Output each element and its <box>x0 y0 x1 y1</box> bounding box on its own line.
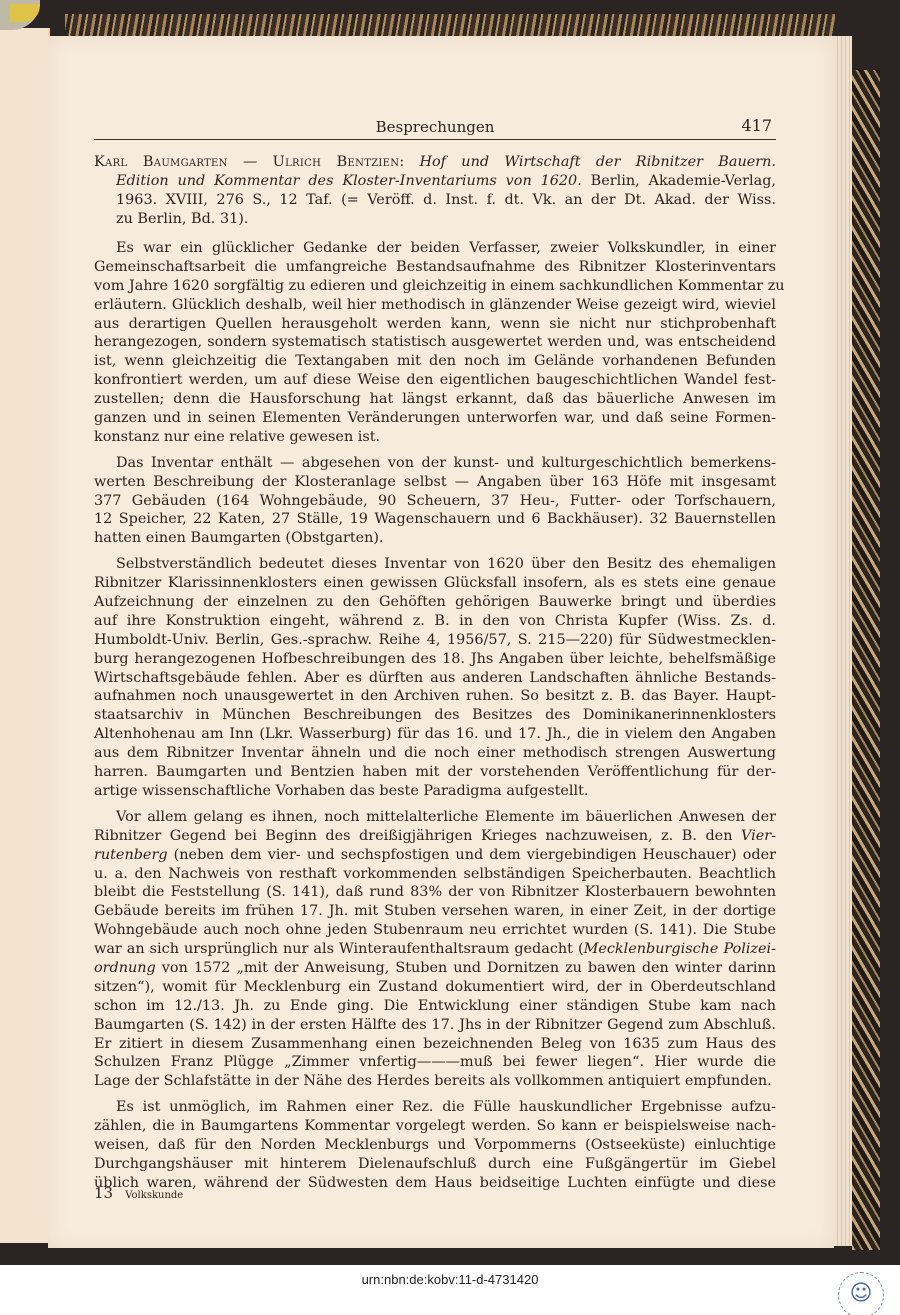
text-line: Vor allem gelang es ihnen, noch mittelal… <box>94 808 776 827</box>
text-line: Gebäude bereits im frühen 17. Jh. mit St… <box>94 902 776 921</box>
text-line: Es ist unmöglich, im Rahmen einer Rez. d… <box>94 1098 776 1117</box>
author-2: Ulrich Bentzien <box>273 154 400 170</box>
text-line: Ribnitzer Klarissinnenklosters einen gew… <box>94 574 776 593</box>
text-line: Es war ein glücklicher Gedanke der beide… <box>94 239 776 258</box>
text-line: harren. Baumgarten und Bentzien haben mi… <box>94 763 776 782</box>
text-line: aus dem Ribnitzer Inventar ähneln und di… <box>94 744 776 763</box>
text-line: artige wissenschaftliche Vorhaben das be… <box>94 782 776 801</box>
signature-word: Volkskunde <box>125 1190 183 1201</box>
text-line: sitzen“), womit für Mecklenburg ein Zust… <box>94 978 776 997</box>
left-page-edge <box>0 28 50 1243</box>
citation-line-2: Edition und Kommentar des Kloster-Invent… <box>94 172 776 191</box>
page-stack-edge <box>834 36 852 1246</box>
text-line: zählen, die in Baumgartens Kommentar vor… <box>94 1117 776 1136</box>
page-number: 417 <box>741 116 772 135</box>
publisher: Berlin, Akademie-Verlag, <box>582 173 776 189</box>
colon: : <box>399 154 419 170</box>
text-line: Schulzen Franz Plügge „Zimmer vnfertig——… <box>94 1053 776 1072</box>
review-citation: Karl Baumgarten — Ulrich Bentzien: Hof u… <box>94 153 776 229</box>
text-line: Das Inventar enthält — abgesehen von der… <box>94 454 776 473</box>
paragraph: Selbstverständlich bedeutet dieses Inven… <box>94 555 776 801</box>
text-line: staatsarchiv in München Beschreibungen d… <box>94 706 776 725</box>
text-line: werten Beschreibung der Klosteranlage se… <box>94 473 776 492</box>
header-rule <box>94 139 776 140</box>
text-line: war an sich ursprünglich nur als Wintera… <box>94 940 776 959</box>
text-line: Baumgarten (S. 142) in der ersten Hälfte… <box>94 1016 776 1035</box>
urn-identifier: urn:nbn:de:kobv:11-d-4731420 <box>0 1272 900 1287</box>
author-1: Karl Baumgarten <box>94 154 228 170</box>
text-line: Humboldt-Univ. Berlin, Ges.-sprachw. Rei… <box>94 631 776 650</box>
text-line: Altenhohenau am Inn (Lkr. Wasserburg) fü… <box>94 725 776 744</box>
text-line: u. a. den Nachweis von resthaft vorkomme… <box>94 865 776 884</box>
text-line: zustellen; denn die Hausforschung hat lä… <box>94 390 776 409</box>
citation-line-1: Karl Baumgarten — Ulrich Bentzien: Hof u… <box>94 153 776 172</box>
text-line: üblich waren, während der Südwesten dem … <box>94 1174 776 1193</box>
text-line: konstanz nur eine relative gewesen ist. <box>94 428 776 447</box>
text-line: bleibt die Feststellung (S. 141), daß ru… <box>94 883 776 902</box>
text-line: Durchgangshäuser mit hinterem Dielenaufs… <box>94 1155 776 1174</box>
text-line: ist, wenn gleichzeitig die Textangaben m… <box>94 352 776 371</box>
text-line: aufnahmen noch unausgewertet in den Arch… <box>94 687 776 706</box>
paragraph: Es ist unmöglich, im Rahmen einer Rez. d… <box>94 1098 776 1192</box>
author-separator: — <box>228 154 273 170</box>
text-line: 12 Speicher, 22 Katen, 27 Ställe, 19 Wag… <box>94 510 776 529</box>
running-title: Besprechungen <box>94 118 776 136</box>
review-body: Es war ein glücklicher Gedanke der beide… <box>94 239 776 1200</box>
paragraph: Das Inventar enthält — abgesehen von der… <box>94 454 776 548</box>
university-seal-icon: ☺ <box>838 1272 884 1315</box>
text-line: ordnung von 1572 „mit der Anweisung, Stu… <box>94 959 776 978</box>
signature-mark: 13 Volkskunde <box>94 1184 183 1202</box>
text-line: hatten einen Baumgarten (Obstgarten). <box>94 529 776 548</box>
text-line: auf ihre Konstruktion eingeht, während z… <box>94 612 776 631</box>
text-line: aus derartigen Quellen herausgeholt werd… <box>94 315 776 334</box>
paragraph: Es war ein glücklicher Gedanke der beide… <box>94 239 776 447</box>
text-line: vom Jahre 1620 sorgfältig zu edieren und… <box>94 277 776 296</box>
text-line: rutenberg (neben dem vier- und sechspfos… <box>94 846 776 865</box>
citation-line-3: 1963. XVIII, 276 S., 12 Taf. (= Veröff. … <box>94 191 776 210</box>
citation-line-4: zu Berlin, Bd. 31). <box>94 210 776 229</box>
text-line: herangezogen, sondern systematisch stati… <box>94 333 776 352</box>
text-line: konfrontiert werden, um auf diese Weise … <box>94 371 776 390</box>
marbled-fore-edge <box>852 70 880 1250</box>
text-line: Er zitiert in diesem Zusammenhang einen … <box>94 1035 776 1054</box>
text-line: Ribnitzer Gegend bei Beginn des dreißigj… <box>94 827 776 846</box>
marbled-top-edge <box>65 14 835 36</box>
running-header: Besprechungen 417 <box>94 116 776 138</box>
book-subtitle: Edition und Kommentar des Kloster-Invent… <box>116 173 582 189</box>
text-line: 377 Gebäuden (164 Wohngebäude, 90 Scheue… <box>94 492 776 511</box>
bookmark-ribbon <box>10 4 40 22</box>
book-page: Besprechungen 417 Karl Baumgarten — Ulri… <box>48 36 834 1248</box>
text-line: Gemeinschaftsarbeit die umfangreiche Bes… <box>94 258 776 277</box>
text-line: Selbstverständlich bedeutet dieses Inven… <box>94 555 776 574</box>
text-line: Lage der Schlafstätte in der Nähe des He… <box>94 1072 776 1091</box>
text-line: erläutern. Glücklich deshalb, weil hier … <box>94 296 776 315</box>
text-line: schon im 12./13. Jh. zu Ende ging. Die E… <box>94 997 776 1016</box>
text-line: Wohngebäude auch noch ohne jeden Stubenr… <box>94 921 776 940</box>
text-line: Aufzeichnung der einzelnen zu den Gehöft… <box>94 593 776 612</box>
text-line: weisen, daß für den Norden Mecklenburgs … <box>94 1136 776 1155</box>
text-line: burg herangezogenen Hofbeschreibungen de… <box>94 650 776 669</box>
paragraph: Vor allem gelang es ihnen, noch mittelal… <box>94 808 776 1091</box>
text-line: ganzen und in seinen Elementen Veränderu… <box>94 409 776 428</box>
book-title: Hof und Wirtschaft der Ribnitzer Bauern. <box>419 154 776 170</box>
scanned-book-photo: Besprechungen 417 Karl Baumgarten — Ulri… <box>0 0 900 1265</box>
signature-number: 13 <box>94 1184 113 1202</box>
text-line: Wirtschaftsgebäude fehlen. Aber es dürft… <box>94 669 776 688</box>
